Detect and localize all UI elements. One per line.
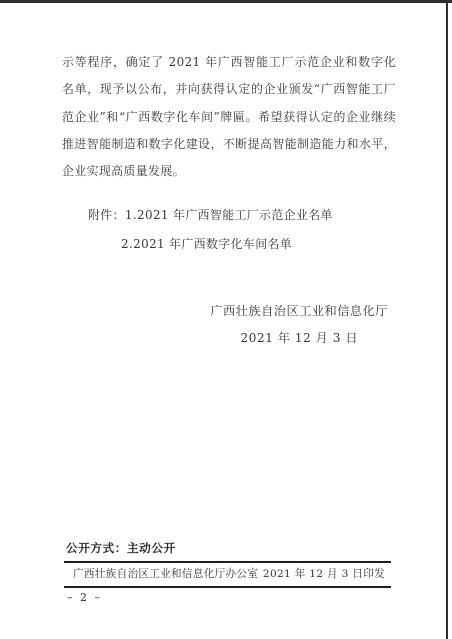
signature-department: 广西壮族自治区工业和信息化厅 xyxy=(210,298,388,325)
scan-top-edge-line xyxy=(0,0,452,3)
body-paragraph: 示等程序，确定了 2021 年广西智能工厂示范企业和数字化车间 名单，现予以公布… xyxy=(62,49,396,185)
page-number: – 2 – xyxy=(67,591,102,604)
issuer-row: 广西壮族自治区工业和信息化厅办公室 2021 年 12 月 3 日印发 xyxy=(73,567,385,582)
body-line: 名单，现予以公布，并向获得认定的企业颁发“广西智能工厂示 xyxy=(62,76,396,103)
attachment-item-2: 2.2021 年广西数字化车间名单 xyxy=(121,230,333,259)
print-date: 2021 年 12 月 3 日印发 xyxy=(263,567,385,582)
body-line: 推进智能制造和数字化建设，不断提高智能制造能力和水平，推动 xyxy=(62,131,396,158)
body-line: 范企业”和“广西数字化车间”牌匾。希望获得认定的企业继续 xyxy=(62,104,396,131)
issuing-office: 广西壮族自治区工业和信息化厅办公室 xyxy=(73,567,258,582)
scan-right-edge-line xyxy=(446,0,448,639)
attachment-item-1: 附件：1.2021 年广西智能工厂示范企业名单 xyxy=(88,201,333,230)
body-line: 企业实现高质量发展。 xyxy=(62,158,396,185)
attachment-list: 附件：1.2021 年广西智能工厂示范企业名单 2.2021 年广西数字化车间名… xyxy=(88,201,333,259)
document-page: 示等程序，确定了 2021 年广西智能工厂示范企业和数字化车间 名单，现予以公布… xyxy=(0,0,452,639)
publish-method: 公开方式：主动公开 xyxy=(66,540,176,556)
footer-divider-top xyxy=(64,561,391,563)
footer-divider-bottom xyxy=(64,586,391,588)
signature-date: 2021 年 12 月 3 日 xyxy=(210,325,388,352)
body-line: 示等程序，确定了 2021 年广西智能工厂示范企业和数字化车间 xyxy=(62,49,396,76)
signature-block: 广西壮族自治区工业和信息化厅 2021 年 12 月 3 日 xyxy=(210,298,388,352)
publish-method-label: 公开方式： xyxy=(66,541,127,555)
publish-method-value: 主动公开 xyxy=(127,541,176,555)
